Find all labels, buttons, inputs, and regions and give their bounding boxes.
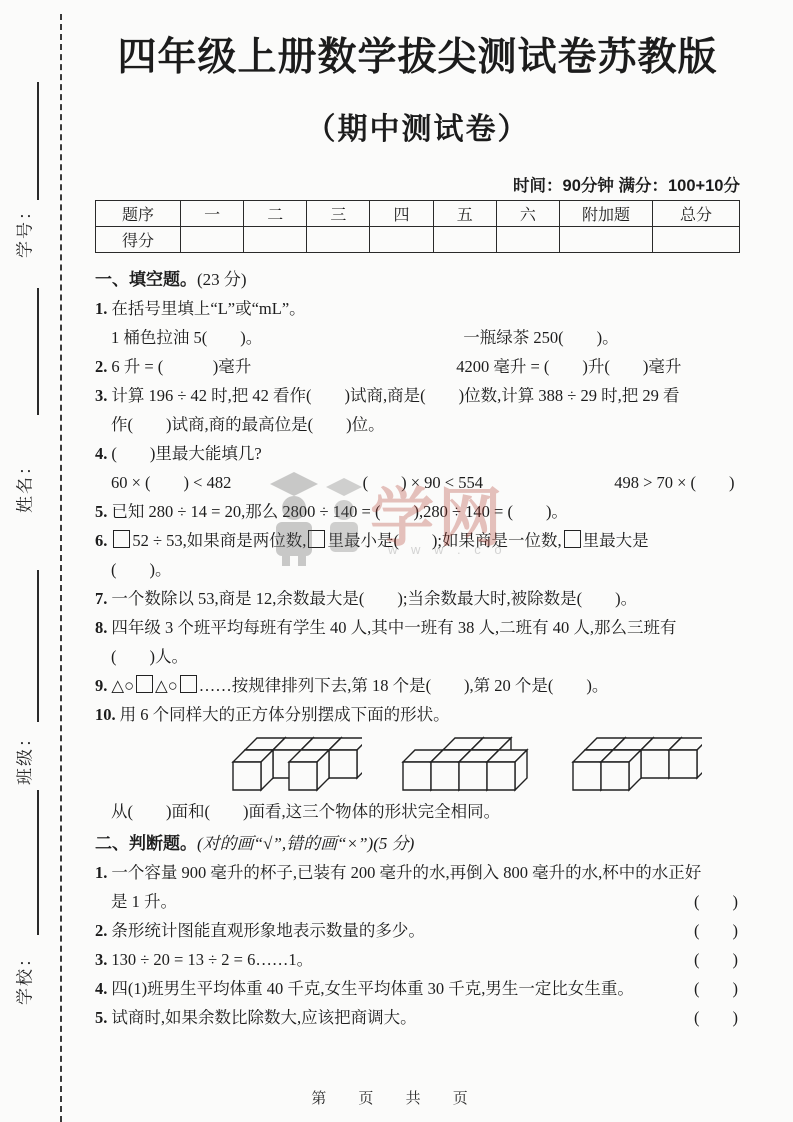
question-line-part: 60 × ( ) < 482 (111, 468, 363, 497)
score-cell (307, 227, 370, 253)
question-line-part: 2.6 升 = ( )毫升 (95, 352, 456, 381)
question-text: 1.在括号里填上“L”或“mL”。 (95, 299, 306, 318)
score-table-header-cell: 二 (244, 201, 307, 227)
question-line: 4.四(1)班男生平均体重 40 千克,女生平均体重 30 千克,男生一定比女生… (95, 974, 740, 1003)
question: 8.四年级 3 个班平均每班有学生 40 人,其中一班有 38 人,二班有 40… (95, 613, 740, 671)
question: 5.已知 280 ÷ 14 = 20,那么 2800 ÷ 140 = ( ),2… (95, 497, 740, 526)
question-number: 2. (95, 357, 111, 376)
question: 6.52 ÷ 53,如果商是两位数,里最小是( );如果商是一位数,里最大是( … (95, 526, 740, 584)
time-score-info: 时间：90分钟 满分：100+10分 (95, 172, 740, 196)
sidebar-field-label: 学号： (11, 197, 36, 263)
question: 1.一个容量 900 毫升的杯子,已装有 200 毫升的水,再倒入 800 毫升… (95, 858, 740, 916)
blank-box (113, 530, 130, 548)
write-on-line (37, 82, 39, 200)
question-line: 5.试商时,如果余数比除数大,应该把商调大。( ) (95, 1003, 740, 1032)
question-text: 3.130 ÷ 20 = 13 ÷ 2 = 6……1。 (95, 945, 313, 974)
question-line: 3.计算 196 ÷ 42 时,把 42 看作( )试商,商是( )位数,计算 … (95, 381, 740, 410)
question-line-part: 1 桶色拉油 5( )。 (111, 323, 463, 352)
question-number: 7. (95, 589, 111, 608)
blank-box (564, 530, 581, 548)
question-number: 5. (95, 1008, 111, 1027)
question: 3.计算 196 ÷ 42 时,把 42 看作( )试商,商是( )位数,计算 … (95, 381, 740, 439)
question-number: 9. (95, 676, 111, 695)
judge-answer-blank: ( ) (694, 1003, 740, 1032)
section-heading-suffix: (对的画“√”,错的画“×”)(5 分) (197, 834, 414, 853)
question-text: 1.一个容量 900 毫升的杯子,已装有 200 毫升的水,再倒入 800 毫升… (95, 863, 701, 882)
question: 10.用 6 个同样大的正方体分别摆成下面的形状。从( )面和( )面看,这三个… (95, 700, 740, 826)
score-cell: 得分 (96, 227, 181, 253)
question-line: 4.( )里最大能填几? (95, 439, 740, 468)
page-footer: 第 页 共 页 (0, 1087, 793, 1108)
question-line: 是 1 升。( ) (95, 887, 740, 916)
question: 2.6 升 = ( )毫升4200 毫升 = ( )升( )毫升 (95, 352, 740, 381)
question-line-part: 一瓶绿茶 250( )。 (463, 323, 740, 352)
question-line: 8.四年级 3 个班平均每班有学生 40 人,其中一班有 38 人,二班有 40… (95, 613, 740, 642)
cube-figure (400, 735, 532, 793)
write-on-line (37, 790, 39, 935)
question-text: 4.四(1)班男生平均体重 40 千克,女生平均体重 30 千克,男生一定比女生… (95, 974, 634, 1003)
cube-figures-row (95, 729, 740, 797)
question-line-part: 4200 毫升 = ( )升( )毫升 (456, 352, 740, 381)
question-line: 从( )面和( )面看,这三个物体的形状完全相同。 (95, 797, 740, 826)
question-line: 60 × ( ) < 482( ) × 90 < 554498 > 70 × (… (95, 468, 740, 497)
question-line: 1 桶色拉油 5( )。一瓶绿茶 250( )。 (95, 323, 740, 352)
judge-answer-blank: ( ) (694, 945, 740, 974)
question: 3.130 ÷ 20 = 13 ÷ 2 = 6……1。( ) (95, 945, 740, 974)
question-line: 作( )试商,商的最高位是( )位。 (95, 410, 740, 439)
score-table-header-row: 题序一二三四五六附加题总分 (96, 201, 740, 227)
score-table-header-cell: 四 (370, 201, 433, 227)
question-line: 6.52 ÷ 53,如果商是两位数,里最小是( );如果商是一位数,里最大是 (95, 526, 740, 555)
judge-answer-blank: ( ) (694, 916, 740, 945)
score-table-header-cell: 题序 (96, 201, 181, 227)
question-line-part: 498 > 70 × ( ) (614, 468, 740, 497)
question-text: 4.( )里最大能填几? (95, 444, 262, 463)
question-line: ( )。 (95, 555, 740, 584)
question-number: 1. (95, 299, 111, 318)
score-table-score-row: 得分 (96, 227, 740, 253)
question-text: 8.四年级 3 个班平均每班有学生 40 人,其中一班有 38 人,二班有 40… (95, 618, 677, 637)
section-heading-suffix: (23 分) (197, 270, 247, 289)
question: 7.一个数除以 53,商是 12,余数最大是( );当余数最大时,被除数是( )… (95, 584, 740, 613)
question-line: 3.130 ÷ 20 = 13 ÷ 2 = 6……1。( ) (95, 945, 740, 974)
question-line: 7.一个数除以 53,商是 12,余数最大是( );当余数最大时,被除数是( )… (95, 584, 740, 613)
question-text: 6.52 ÷ 53,如果商是两位数,里最小是( );如果商是一位数,里最大是 (95, 531, 649, 550)
cube-arrangement-figure (400, 735, 532, 793)
question-text: 作( )试商,商的最高位是( )位。 (111, 415, 385, 434)
question-number: 5. (95, 502, 111, 521)
question-line: ( )人。 (95, 642, 740, 671)
question-number: 10. (95, 705, 120, 724)
question-number: 8. (95, 618, 111, 637)
question-line: 1.在括号里填上“L”或“mL”。 (95, 294, 740, 323)
question: 5.试商时,如果余数比除数大,应该把商调大。( ) (95, 1003, 740, 1032)
write-on-line (37, 570, 39, 722)
score-cell (370, 227, 433, 253)
question: 4.( )里最大能填几?60 × ( ) < 482( ) × 90 < 554… (95, 439, 740, 497)
question-text: 5.已知 280 ÷ 14 = 20,那么 2800 ÷ 140 = ( ),2… (95, 502, 568, 521)
question-line: 9.△○△○……按规律排列下去,第 18 个是( ),第 20 个是( )。 (95, 671, 740, 700)
question-number: 4. (95, 444, 111, 463)
question-line: 10.用 6 个同样大的正方体分别摆成下面的形状。 (95, 700, 740, 729)
score-table-header-cell: 五 (433, 201, 496, 227)
question-line: 1.一个容量 900 毫升的杯子,已装有 200 毫升的水,再倒入 800 毫升… (95, 858, 740, 887)
paper-body: 四年级上册数学拔尖测试卷苏教版 （期中测试卷） 时间：90分钟 满分：100+1… (95, 0, 740, 1032)
question-text: ( )。 (111, 560, 172, 579)
question-line: 2.条形统计图能直观形象地表示数量的多少。( ) (95, 916, 740, 945)
blank-box (180, 675, 197, 693)
question: 9.△○△○……按规律排列下去,第 18 个是( ),第 20 个是( )。 (95, 671, 740, 700)
question: 2.条形统计图能直观形象地表示数量的多少。( ) (95, 916, 740, 945)
judge-answer-blank: ( ) (694, 974, 740, 1003)
question-number: 6. (95, 531, 111, 550)
test-paper-page: 学号：姓名：班级：学校： 四年级上册数学拔尖测试卷苏教版 （期中测试卷） 时间：… (0, 0, 793, 1122)
score-table-header-cell: 六 (496, 201, 559, 227)
question-number: 3. (95, 950, 111, 969)
question-line-part: ( ) × 90 < 554 (363, 468, 615, 497)
question-number: 4. (95, 979, 111, 998)
cube-arrangement-figure (570, 735, 702, 793)
score-table-header-cell: 附加题 (560, 201, 653, 227)
question: 4.四(1)班男生平均体重 40 千克,女生平均体重 30 千克,男生一定比女生… (95, 974, 740, 1003)
question-text: 从( )面和( )面看,这三个物体的形状完全相同。 (111, 802, 500, 821)
question-line: 5.已知 280 ÷ 14 = 20,那么 2800 ÷ 140 = ( ),2… (95, 497, 740, 526)
paper-title: 四年级上册数学拔尖测试卷苏教版 (95, 26, 740, 82)
score-table-header-cell: 一 (181, 201, 244, 227)
blank-box (308, 530, 325, 548)
section-heading-label: 一、填空题。 (95, 270, 197, 289)
score-table: 题序一二三四五六附加题总分得分 (95, 200, 740, 253)
score-table-header-cell: 三 (307, 201, 370, 227)
question-text: 是 1 升。 (111, 887, 177, 916)
question-text: 3.计算 196 ÷ 42 时,把 42 看作( )试商,商是( )位数,计算 … (95, 386, 679, 405)
cube-figure (570, 735, 702, 793)
question-number: 3. (95, 386, 111, 405)
score-cell (653, 227, 740, 253)
question-text: 2.条形统计图能直观形象地表示数量的多少。 (95, 916, 425, 945)
questions-area: 一、填空题。(23 分)1.在括号里填上“L”或“mL”。1 桶色拉油 5( )… (95, 265, 740, 1032)
paper-subtitle: （期中测试卷） (95, 104, 740, 148)
sidebar-field-label: 姓名： (11, 452, 36, 518)
question-text: 7.一个数除以 53,商是 12,余数最大是( );当余数最大时,被除数是( )… (95, 589, 637, 608)
question-text: 5.试商时,如果余数比除数大,应该把商调大。 (95, 1003, 417, 1032)
score-cell (433, 227, 496, 253)
question-number: 1. (95, 863, 111, 882)
question-number: 2. (95, 921, 111, 940)
section-heading-label: 二、判断题。 (95, 834, 197, 853)
score-cell (560, 227, 653, 253)
blank-box (136, 675, 153, 693)
score-cell (496, 227, 559, 253)
question-text: 9.△○△○……按规律排列下去,第 18 个是( ),第 20 个是( )。 (95, 676, 608, 695)
sidebar-field-label: 学校： (11, 944, 36, 1010)
question: 1.在括号里填上“L”或“mL”。1 桶色拉油 5( )。一瓶绿茶 250( )… (95, 294, 740, 352)
score-table-header-cell: 总分 (653, 201, 740, 227)
cube-figure (230, 735, 362, 793)
sidebar-field-label: 班级： (11, 724, 36, 790)
cube-arrangement-figure (230, 735, 362, 793)
score-cell (181, 227, 244, 253)
judge-answer-blank: ( ) (694, 887, 740, 916)
question-text: ( )人。 (111, 647, 188, 666)
question-text: 10.用 6 个同样大的正方体分别摆成下面的形状。 (95, 705, 450, 724)
section-heading: 一、填空题。(23 分) (95, 265, 740, 294)
section-heading: 二、判断题。(对的画“√”,错的画“×”)(5 分) (95, 829, 740, 858)
question-line: 2.6 升 = ( )毫升4200 毫升 = ( )升( )毫升 (95, 352, 740, 381)
dashed-cut-line (60, 14, 62, 1122)
write-on-line (37, 288, 39, 415)
score-cell (244, 227, 307, 253)
